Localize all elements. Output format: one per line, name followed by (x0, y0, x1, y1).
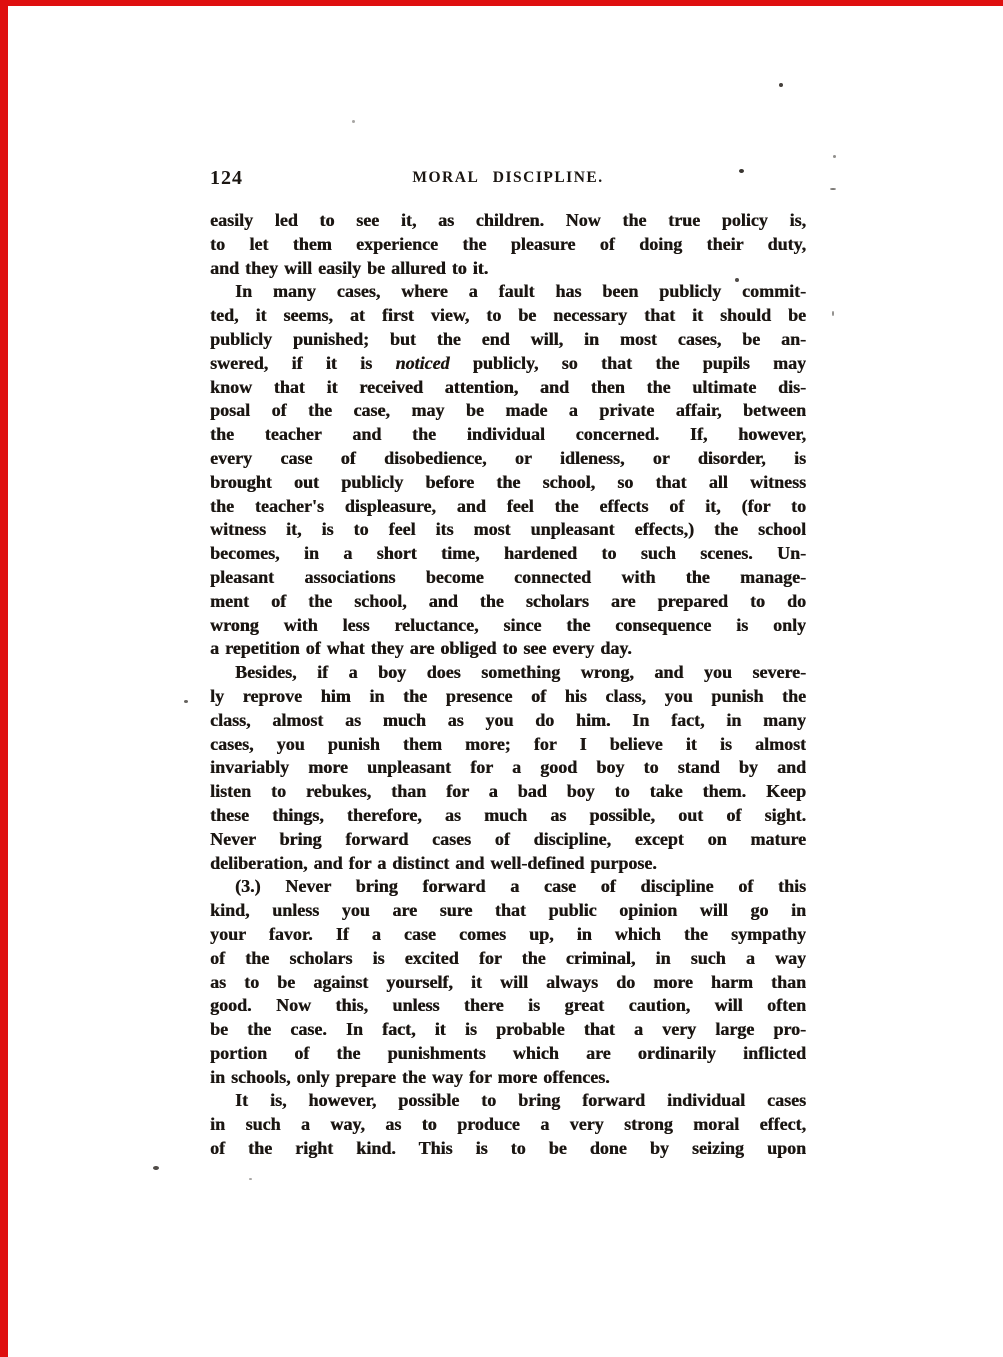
page-text: easily led to see it, as children. Now t… (210, 209, 806, 1161)
scan-edge-top (0, 0, 1003, 6)
text-line: a repetition of what they are obliged to… (210, 637, 806, 661)
text-line: the teacher's displeasure, and feel the … (210, 495, 806, 519)
text-line: posal of the case, may be made a private… (210, 399, 806, 423)
text-line: In many cases, where a fault has been pu… (210, 280, 806, 304)
text-line: pleasant associations become connected w… (210, 566, 806, 590)
ink-speck (833, 155, 836, 158)
text-line: these things, therefore, as much as poss… (210, 804, 806, 828)
text-line: ly reprove him in the presence of his cl… (210, 685, 806, 709)
text-line: ted, it seems, at first view, to be nece… (210, 304, 806, 328)
text-line: every case of disobedience, or idleness,… (210, 447, 806, 471)
text-line: as to be against yourself, it will alway… (210, 971, 806, 995)
scanned-book-page: 124 MORAL DISCIPLINE. easily led to see … (0, 0, 1003, 1357)
paragraph: It is, however, possible to bring forwar… (210, 1089, 806, 1160)
text-line: becomes, in a short time, hardened to su… (210, 542, 806, 566)
paragraph: (3.) Never bring forward a case of disci… (210, 875, 806, 1089)
text-line: wrong with less reluctance, since the co… (210, 614, 806, 638)
ink-speck (249, 1178, 252, 1180)
text-line: know that it received attention, and the… (210, 376, 806, 400)
text-line: kind, unless you are sure that public op… (210, 899, 806, 923)
text-line: witness it, is to feel its most unpleasa… (210, 518, 806, 542)
page-number: 124 (210, 167, 243, 190)
text-line: portion of the punishments which are ord… (210, 1042, 806, 1066)
ink-speck (735, 278, 739, 282)
text-line: good. Now this, unless there is great ca… (210, 994, 806, 1018)
paragraph: Besides, if a boy does something wrong, … (210, 661, 806, 875)
text-line: and they will easily be allured to it. (210, 257, 806, 281)
text-line: cases, you punish them more; for I belie… (210, 733, 806, 757)
text-line: brought out publicly before the school, … (210, 471, 806, 495)
text-line: your favor. If a case comes up, in which… (210, 923, 806, 947)
scan-edge-left (0, 0, 8, 1357)
text-line: class, almost as much as you do him. In … (210, 709, 806, 733)
text-line: deliberation, and for a distinct and wel… (210, 852, 806, 876)
text-line: Besides, if a boy does something wrong, … (210, 661, 806, 685)
text-line: invariably more unpleasant for a good bo… (210, 756, 806, 780)
ink-speck (739, 169, 744, 173)
text-line: in schools, only prepare the way for mor… (210, 1066, 806, 1090)
paragraph: In many cases, where a fault has been pu… (210, 280, 806, 661)
text-line: of the scholars is excited for the crimi… (210, 947, 806, 971)
ink-speck (153, 1166, 159, 1170)
text-line: publicly punished; but the end will, in … (210, 328, 806, 352)
text-line: the teacher and the individual concerned… (210, 423, 806, 447)
ink-speck (830, 188, 836, 190)
text-line: Never bring forward cases of discipline,… (210, 828, 806, 852)
text-line: (3.) Never bring forward a case of disci… (210, 875, 806, 899)
text-line: swered, if it is noticed publicly, so th… (210, 352, 806, 376)
text-line: listen to rebukes, than for a bad boy to… (210, 780, 806, 804)
page-header: 124 MORAL DISCIPLINE. (210, 166, 806, 192)
ink-speck (832, 311, 834, 316)
text-line: to let them experience the pleasure of d… (210, 233, 806, 257)
paragraph: easily led to see it, as children. Now t… (210, 209, 806, 280)
text-line: ment of the school, and the scholars are… (210, 590, 806, 614)
ink-speck (184, 700, 188, 703)
ink-speck (352, 120, 355, 123)
text-line: It is, however, possible to bring forwar… (210, 1089, 806, 1113)
text-line: be the case. In fact, it is probable tha… (210, 1018, 806, 1042)
text-line: of the right kind. This is to be done by… (210, 1137, 806, 1161)
running-title: MORAL DISCIPLINE. (210, 166, 806, 187)
ink-speck (779, 83, 783, 87)
text-line: easily led to see it, as children. Now t… (210, 209, 806, 233)
text-line: in such a way, as to produce a very stro… (210, 1113, 806, 1137)
